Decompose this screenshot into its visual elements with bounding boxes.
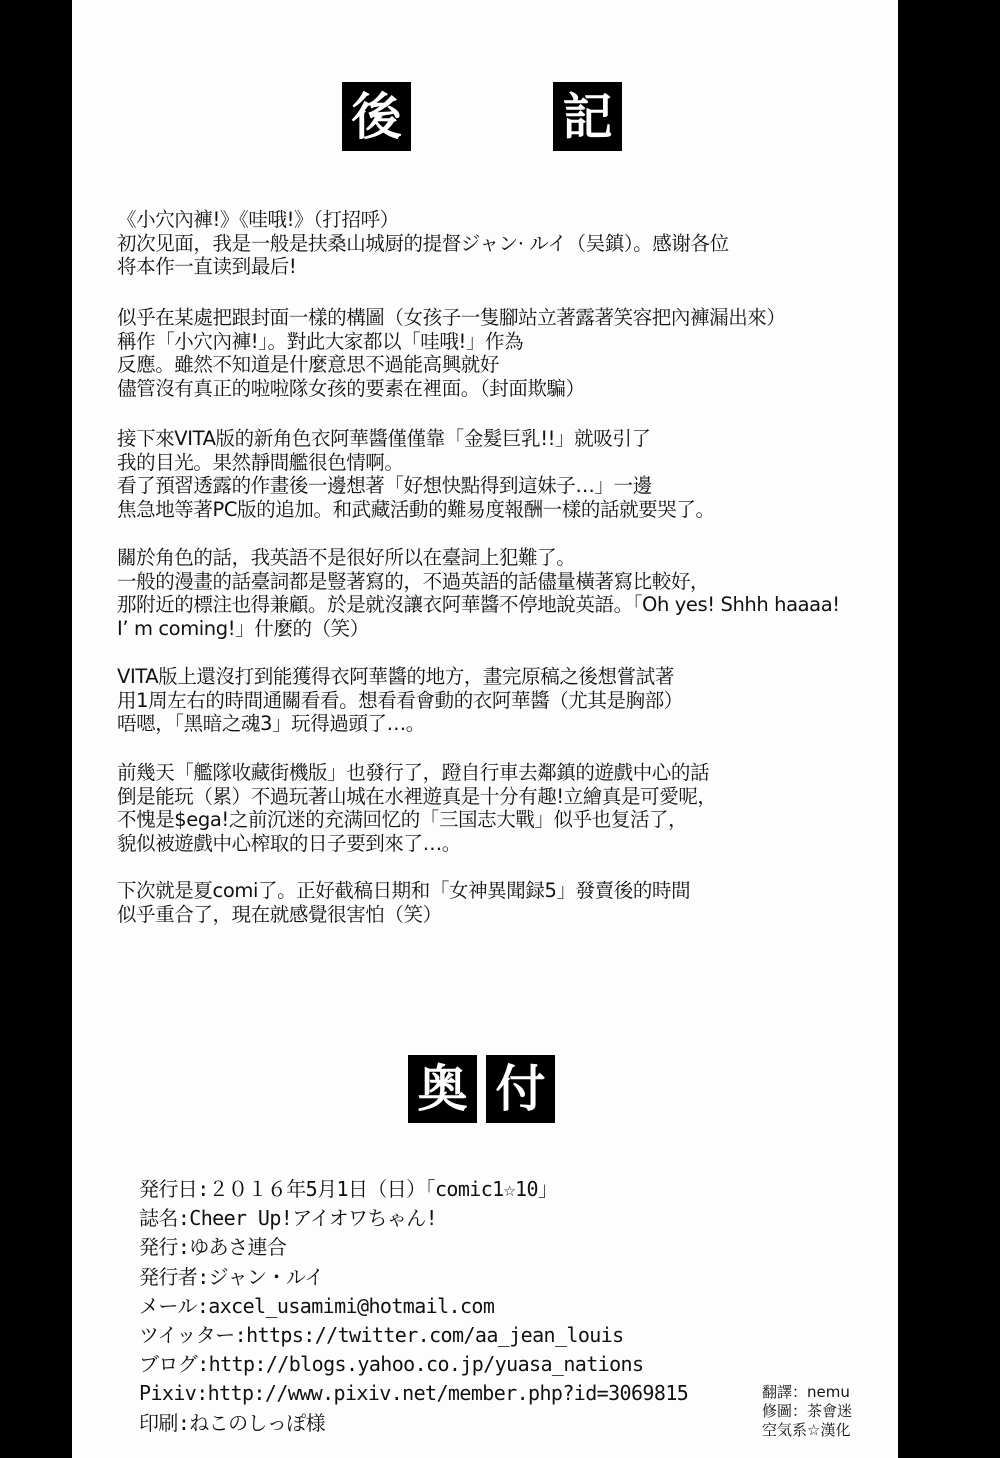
row-separator: :: [197, 1294, 208, 1318]
afterword-paragraph-4: 關於角色的話，我英語不是很好所以在臺詞上犯難了。 一般的漫畫的話臺詞都是豎著寫的…: [117, 546, 897, 640]
text-line: 看了預習透露的作畫後一邊想著「好想快點得到這妹子…」一邊: [117, 474, 897, 498]
credit-separator: ：: [792, 1402, 807, 1420]
credit-label: 修圖: [762, 1402, 792, 1420]
row-value: Cheer Up!アイオワちゃん!: [189, 1206, 437, 1230]
credit-translator: 翻譯：nemu: [762, 1383, 852, 1402]
text-line: 似乎重合了，現在就感覺很害怕（笑）: [117, 903, 897, 927]
blog-url: http://blogs.yahoo.co.jp/yuasa_nations: [209, 1352, 644, 1376]
text-line: 用1周左右的時間通關看看。想看看會動的衣阿華醬（尤其是胸部）: [117, 689, 897, 713]
text-line: 不愧是$ega!之前沉迷的充满回忆的「三国志大戰」似乎也复活了，: [117, 808, 897, 832]
pixiv-url: http://www.pixiv.net/member.php?id=30698…: [208, 1381, 689, 1405]
colophon-row-publish-date: 発行日:２０１６年5月1日（日）「comic1☆10」: [139, 1175, 688, 1204]
text-line: 一般的漫畫的話臺詞都是豎著寫的，不過英語的話儘量橫著寫比較好，: [117, 570, 897, 594]
credit-value: 茶會迷: [807, 1402, 852, 1420]
row-label: ブログ: [139, 1352, 197, 1376]
row-separator: :: [197, 1265, 208, 1289]
credit-label: 翻譯: [762, 1383, 792, 1401]
colophon-row-title: 誌名:Cheer Up!アイオワちゃん!: [139, 1204, 688, 1233]
colophon-row-twitter: ツイッター:https://twitter.com/aa_jean_louis: [139, 1321, 688, 1350]
row-separator: :: [196, 1381, 207, 1405]
credit-editor: 修圖：茶會迷: [762, 1402, 852, 1421]
row-separator: :: [197, 1177, 208, 1201]
text-line: 将本作一直读到最后!: [117, 255, 897, 279]
text-line: I’ m coming!」什麼的（笑）: [117, 617, 897, 641]
credit-group: 空気系☆漢化: [762, 1421, 852, 1440]
text-line: 倒是能玩（累）不過玩著山城在水裡遊真是十分有趣!立繪真是可愛呢，: [117, 785, 897, 809]
afterword-paragraph-2: 似乎在某處把跟封面一樣的構圖（女孩子一隻腳站立著露著笑容把內褲漏出來） 稱作「小…: [117, 306, 897, 400]
afterword-paragraph-7: 下次就是夏comi了。正好截稿日期和「女神異聞録5」發賣後的時間 似乎重合了，現…: [117, 879, 897, 926]
text-line: 接下來VITA版的新角色衣阿華醬僅僅靠「金髮巨乳!!」就吸引了: [117, 427, 897, 451]
text-line: 似乎在某處把跟封面一樣的構圖（女孩子一隻腳站立著露著笑容把內褲漏出來）: [117, 306, 897, 330]
row-label: ツイッター: [139, 1323, 235, 1347]
colophon-row-email: メール:axcel_usamimi@hotmail.com: [139, 1292, 688, 1321]
text-line: 下次就是夏comi了。正好截稿日期和「女神異聞録5」發賣後的時間: [117, 879, 897, 903]
row-separator: :: [178, 1235, 189, 1259]
colophon-row-printer: 印刷:ねこのしっぽ様: [139, 1409, 688, 1438]
text-line: 關於角色的話，我英語不是很好所以在臺詞上犯難了。: [117, 546, 897, 570]
row-label: 発行日: [139, 1177, 197, 1201]
text-line: 反應。雖然不知道是什麼意思不過能高興就好: [117, 353, 897, 377]
text-line: 前幾天「艦隊收藏街機版」也發行了，蹬自行車去鄰鎮的遊戲中心的話: [117, 761, 897, 785]
row-value: ゆあさ連合: [189, 1235, 286, 1259]
row-label: 誌名: [139, 1206, 178, 1230]
row-label: 発行: [139, 1235, 178, 1259]
twitter-url: https://twitter.com/aa_jean_louis: [246, 1323, 624, 1347]
row-label: 印刷: [139, 1411, 178, 1435]
row-label: メール: [139, 1294, 197, 1318]
afterword-paragraph-3: 接下來VITA版的新角色衣阿華醬僅僅靠「金髮巨乳!!」就吸引了 我的目光。果然靜…: [117, 427, 897, 521]
afterword-title-char-1: 後: [342, 82, 411, 151]
colophon-row-blog: ブログ:http://blogs.yahoo.co.jp/yuasa_natio…: [139, 1350, 688, 1379]
row-separator: :: [178, 1411, 189, 1435]
colophon-info: 発行日:２０１６年5月1日（日）「comic1☆10」 誌名:Cheer Up!…: [139, 1175, 688, 1438]
credit-value: nemu: [807, 1383, 850, 1401]
scan-border-left: [0, 0, 72, 1458]
text-line: 儘管沒有真正的啦啦隊女孩的要素在裡面。（封面欺騙）: [117, 377, 897, 401]
row-value: ねこのしっぽ様: [189, 1411, 325, 1435]
text-line: 稱作「小穴內褲!」。對此大家都以「哇哦!」作為: [117, 330, 897, 354]
colophon-row-author: 発行者:ジャン・ルイ: [139, 1263, 688, 1292]
scan-border-right: [898, 0, 1000, 1458]
row-value: ２０１６年5月1日（日）「comic1☆10」: [209, 1177, 558, 1201]
afterword-paragraph-5: VITA版上還沒打到能獲得衣阿華醬的地方，畫完原稿之後想嘗試著 用1周左右的時間…: [117, 665, 897, 736]
text-line: 我的目光。果然靜間艦很色情啊。: [117, 451, 897, 475]
credit-group-name: 空気系☆漢化: [762, 1421, 850, 1439]
email-link: axcel_usamimi@hotmail.com: [208, 1294, 494, 1318]
colophon-row-publisher: 発行:ゆあさ連合: [139, 1233, 688, 1262]
text-line: 唔嗯，「黑暗之魂3」玩得過頭了…。: [117, 712, 897, 736]
colophon-title-char-1: 奥: [408, 1055, 477, 1123]
row-value: ジャン・ルイ: [209, 1265, 324, 1289]
afterword-title-char-2: 記: [553, 82, 622, 151]
row-label: 発行者: [139, 1265, 197, 1289]
row-separator: :: [235, 1323, 246, 1347]
row-separator: :: [197, 1352, 208, 1376]
row-label: Pixiv: [139, 1381, 196, 1405]
text-line: 焦急地等著PC版的追加。和武藏活動的難易度報酬一樣的話就要哭了。: [117, 498, 897, 522]
colophon-row-pixiv: Pixiv:http://www.pixiv.net/member.php?id…: [139, 1379, 688, 1408]
row-separator: :: [178, 1206, 189, 1230]
text-line: 那附近的標注也得兼顧。於是就沒讓衣阿華醬不停地說英語。「Oh yes! Shhh…: [117, 593, 897, 617]
text-line: 貌似被遊戲中心榨取的日子要到來了…。: [117, 832, 897, 856]
text-line: 《小穴內褲!》《哇哦!》（打招呼）: [117, 208, 897, 232]
credit-separator: ：: [792, 1383, 807, 1401]
afterword-paragraph-6: 前幾天「艦隊收藏街機版」也發行了，蹬自行車去鄰鎮的遊戲中心的話 倒是能玩（累）不…: [117, 761, 897, 855]
colophon-title-char-2: 付: [486, 1055, 555, 1123]
text-line: VITA版上還沒打到能獲得衣阿華醬的地方，畫完原稿之後想嘗試著: [117, 665, 897, 689]
translation-credits: 翻譯：nemu 修圖：茶會迷 空気系☆漢化: [762, 1383, 852, 1440]
text-line: 初次见面，我是一般是扶桑山城厨的提督ジャン· ルイ（吴鎮）。感谢各位: [117, 232, 897, 256]
afterword-paragraph-1: 《小穴內褲!》《哇哦!》（打招呼） 初次见面，我是一般是扶桑山城厨的提督ジャン·…: [117, 208, 897, 279]
